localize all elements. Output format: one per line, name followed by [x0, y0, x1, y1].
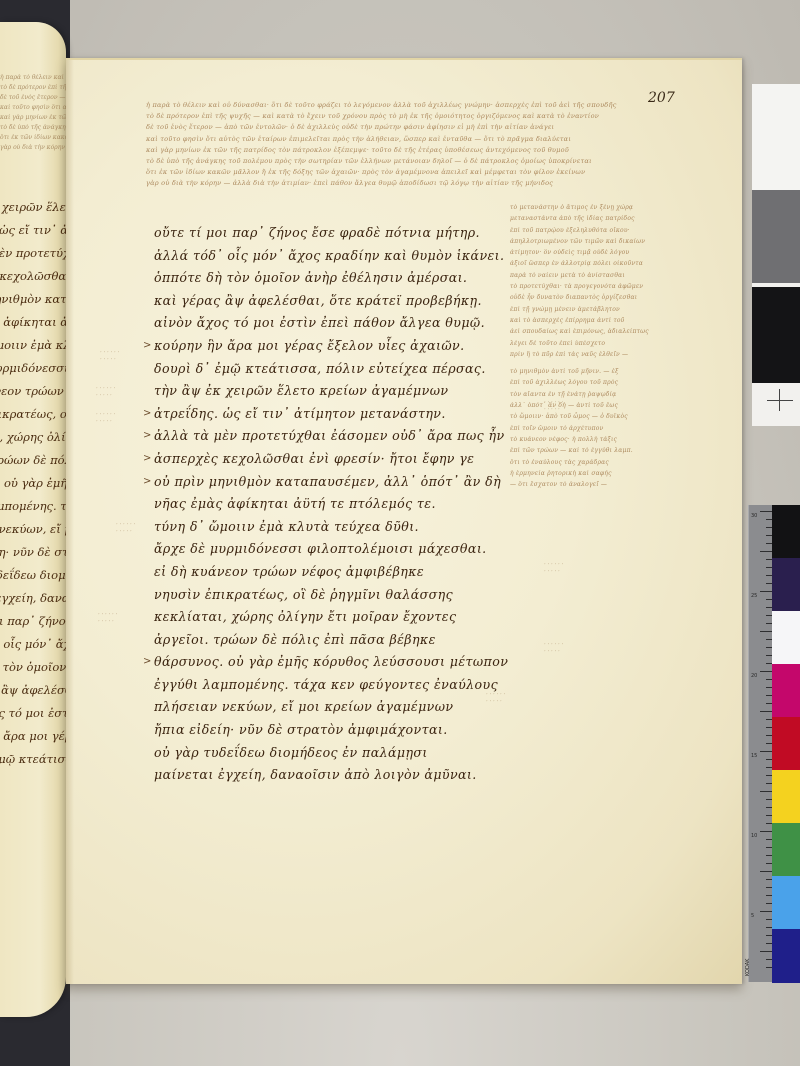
ruler-tick — [760, 671, 772, 672]
color-swatches — [772, 505, 800, 982]
text-line-content: ἀλλὰ τὰ μὲν προτετύχθαι ἐάσομεν οὐδ᾽ ἄρα… — [154, 428, 505, 443]
interlinear-gloss: · · · · · ·· · · · · — [116, 522, 135, 536]
interlinear-gloss: · · · · · ·· · · · · — [98, 612, 117, 626]
interlinear-gloss: · · · · · ·· · · · · — [544, 562, 563, 576]
left-page-text-line: ἐγγύθι λαμπομένης. τάχα κεν φεύγοντες ἐν… — [0, 499, 66, 513]
left-page-text-line: ἀλλὰ τὰ μὲν προτετύχθαι ἐάσομεν οὐδ᾽ ἄρα… — [0, 246, 66, 260]
ruler-label: 10 — [751, 833, 757, 839]
text-line: ἤπια εἰδείη· νῦν δὲ στρατὸν ἀμφιμάχονται… — [154, 719, 544, 742]
ruler-label: 5 — [751, 913, 754, 919]
scholia-line: τὸ δὲ ὑπὸ τῆς ἀνάγκης τοῦ πολέμου πρὸς τ… — [146, 156, 736, 167]
ruler-tick — [760, 511, 772, 512]
text-line: οὐ γὰρ τυδεΐδεω διομήδεος ἐν παλάμῃσι — [154, 742, 544, 765]
text-line-content: νηυσὶν ἐπικρατέως, οἳ δὲ ῥηγμῖνι θαλάσση… — [154, 587, 453, 602]
ruler-label: 30 — [751, 513, 757, 519]
interlinear-gloss: · · · · · ·· · · · · — [486, 692, 505, 706]
text-line: αἰνὸν ἄχος τό μοι ἐστὶν ἐπεὶ πάθον ἄλγεα… — [154, 312, 544, 335]
left-page-scholia-line: τὸ δὲ ὑπὸ τῆς ἀνάγκης τοῦ πολέμου πρὸς τ… — [0, 124, 66, 131]
left-facing-page: ἡ παρὰ τὸ θέλειν καὶ οὐ δύνασθαι· ὅτι δὲ… — [0, 22, 66, 1017]
swatch-dark-violet — [772, 558, 800, 612]
text-line-content: τύνη δ᾽ ὤμοιιν ἐμὰ κλυτὰ τεύχεα δῦθι. — [154, 519, 419, 534]
text-line: ἀλλά τόδ᾽ οἷς μόν᾽ ἄχος κραδίην καὶ θυμὸ… — [154, 245, 544, 268]
text-line-content: κούρην ἣν ἄρα μοι γέρας ἔξελον υἷες ἀχαι… — [154, 338, 464, 353]
diple-mark-icon: > — [143, 425, 152, 448]
swatch-yellow — [772, 770, 800, 824]
interlinear-gloss: · · · · · ·· · · · · — [96, 412, 115, 426]
scholia-line: τὸ δὲ πρότερον ἐπὶ τῆς ψυχῆς — καὶ κατὰ … — [146, 111, 736, 122]
text-line-content: κεκλίαται, χώρης ὀλίγην ἔτι μοῖραν ἔχοντ… — [154, 609, 456, 624]
interlinear-gloss: · · · · · ·· · · · · — [544, 400, 563, 414]
text-line-content: αἰνὸν ἄχος τό μοι ἐστὶν ἐπεὶ πάθον ἄλγεα… — [154, 315, 485, 330]
text-line-content: μαίνεται ἐγχείη, δαναοῖσιν ἀπὸ λοιγὸν ἀμ… — [154, 767, 477, 782]
left-page-text-line: μαίνεται ἐγχείη, δαναοῖσιν ἀπὸ λοιγὸν ἀμ… — [0, 591, 66, 605]
scholia-line: ἡ παρὰ τὸ θέλειν καὶ οὐ δύνασθαι· ὅτι δὲ… — [146, 100, 736, 111]
text-line-content: οὔτε τί μοι παρ᾽ ζήνος ἔσε φραδὲ πότνια … — [154, 225, 480, 240]
text-line: ὁππότε δὴ τὸν ὁμοῖον ἀνὴρ ἐθέλησιν ἀμέρσ… — [154, 267, 544, 290]
text-line: καὶ γέρας ἂψ ἀφελέσθαι, ὅτε κράτεϊ προβε… — [154, 290, 544, 313]
text-line-content: δουρὶ δ᾽ ἐμῷ κτεάτισσα, πόλιν εὐτείχεα π… — [154, 361, 486, 376]
text-line-content: τὴν ἂψ ἐκ χειρῶν ἕλετο κρείων ἀγαμέμνων — [154, 383, 448, 398]
scholia-line: ὅτι ἐκ τῶν ἰδίων κακῶν μᾶλλον ἢ ἐκ τῆς δ… — [146, 167, 736, 178]
text-line-content: ἤπια εἰδείη· νῦν δὲ στρατὸν ἀμφιμάχονται… — [154, 722, 448, 737]
left-page-scholia-line: ὅτι ἐκ τῶν ἰδίων κακῶν μᾶλλον ἢ ἐκ τῆς δ… — [0, 134, 66, 141]
text-line: >κούρην ἣν ἄρα μοι γέρας ἔξελον υἷες ἀχα… — [154, 335, 544, 358]
diple-mark-icon: > — [143, 471, 152, 494]
left-page-text-line: ἀτρεΐδης. ὡς εἴ τιν᾽ ἀτίμητον μετανάστην… — [0, 223, 66, 237]
left-page-text-line: κούρην ἣν ἄρα μοι γέρας ἔξελον υἷες ἀχαι… — [0, 729, 66, 743]
left-page-text-line: ἤπια εἰδείη· νῦν δὲ στρατὸν ἀμφιμάχονται… — [0, 545, 66, 559]
left-page-text-line: ἀργεῖοι. τρώων δὲ πόλις ἐπὶ πᾶσα βέβηκε — [0, 453, 66, 467]
text-line-content: πλήσειαν νεκύων, εἴ μοι κρείων ἀγαμέμνων — [154, 699, 453, 714]
text-line-content: θάρσυνος. οὐ γὰρ ἐμῆς κόρυθος λεύσσουσι … — [154, 654, 508, 669]
text-line: τύνη δ᾽ ὤμοιιν ἐμὰ κλυτὰ τεύχεα δῦθι. — [154, 516, 544, 539]
swatch-black — [772, 505, 800, 559]
scholia-line: δὲ τοῦ ἑνὸς ἕτερον — ἀπὸ τῶν ἐντολῶν· ὁ … — [146, 122, 736, 133]
scholia-line: καὶ γὰρ μηνίων ἐκ τῶν τῆς πατρίδος τὸν π… — [146, 145, 736, 156]
text-line: >ἀσπερχὲς κεχολῶσθαι ἐνὶ φρεσίν· ἤτοι ἔφ… — [154, 448, 544, 471]
left-page-scholia-line: ἡ παρὰ τὸ θέλειν καὶ οὐ δύνασθαι· ὅτι δὲ… — [0, 74, 66, 81]
text-line: δουρὶ δ᾽ ἐμῷ κτεάτισσα, πόλιν εὐτείχεα π… — [154, 358, 544, 381]
left-page-text-line: καὶ γέρας ἂψ ἀφελέσθαι, ὅτε κράτεϊ προβε… — [0, 683, 66, 697]
ruler-tick — [760, 631, 772, 632]
gray-patch-black — [752, 287, 800, 383]
text-line-content: ἀσπερχὲς κεχολῶσθαι ἐνὶ φρεσίν· ἤτοι ἔφη… — [154, 451, 474, 466]
ruler-tick — [760, 591, 772, 592]
text-line-content: νῆας ἐμὰς ἀφίκηται ἀϋτή τε πτόλεμός τε. — [154, 496, 436, 511]
ruler-tick — [760, 791, 772, 792]
left-page-text-line: νηυσὶν ἐπικρατέως, οἳ δὲ ῥηγμῖνι θαλάσση… — [0, 407, 66, 421]
text-line: >θάρσυνος. οὐ γὰρ ἐμῆς κόρυθος λεύσσουσι… — [154, 651, 544, 674]
ruler-tick — [760, 711, 772, 712]
scholia-line: γὰρ οὐ διὰ τὴν κόρην — ἀλλὰ διὰ τὴν ἀτιμ… — [146, 178, 736, 189]
left-page-text-line: τὴν ἂψ ἐκ χειρῶν ἕλετο κρείων ἀγαμέμνων — [0, 200, 66, 214]
text-line-content: ἄρχε δὲ μυρμιδόνεσσι φιλοπτολέμοισι μάχε… — [154, 541, 487, 556]
top-scholia-block: ἡ παρὰ τὸ θέλειν καὶ οὐ δύνασθαι· ὅτι δὲ… — [146, 100, 736, 190]
text-line: οὔτε τί μοι παρ᾽ ζήνος ἔσε φραδὲ πότνια … — [154, 222, 544, 245]
left-page-text-line: ἀσπερχὲς κεχολῶσθαι ἐνὶ φρεσίν· ἤτοι ἔφη… — [0, 269, 66, 283]
text-line: >ἀτρεΐδης. ὡς εἴ τιν᾽ ἀτίμητον μετανάστη… — [154, 403, 544, 426]
left-page-text-line: οὐ πρὶν μηνιθμὸν καταπαυσέμεν, ἀλλ᾽ ὁπότ… — [0, 292, 66, 306]
left-page-text-line: ἀλλά τόδ᾽ οἷς μόν᾽ ἄχος κραδίην καὶ θυμὸ… — [0, 637, 66, 651]
text-line: ἄρχε δὲ μυρμιδόνεσσι φιλοπτολέμοισι μάχε… — [154, 538, 544, 561]
swatch-white — [772, 611, 800, 665]
left-page-text-line: εἰ δὴ κυάνεον τρώων νέφος ἀμφιβέβηκε — [0, 384, 66, 398]
ruler-tick — [760, 551, 772, 552]
diple-mark-icon: > — [143, 651, 152, 674]
swatch-cyan-blue — [772, 876, 800, 930]
diple-mark-icon: > — [143, 448, 152, 471]
color-calibration-target: KODAK 30252015105 — [748, 505, 800, 982]
text-line: νῆας ἐμὰς ἀφίκηται ἀϋτή τε πτόλεμός τε. — [154, 493, 544, 516]
ruler-tick — [760, 871, 772, 872]
left-page-scholia-line: γὰρ οὐ διὰ τὴν κόρην — ἀλλὰ διὰ τὴν ἀτιμ… — [0, 144, 66, 151]
diple-mark-icon: > — [143, 335, 152, 358]
interlinear-gloss: · · · · · ·· · · · · — [96, 386, 115, 400]
text-line-content: ἀργεῖοι. τρώων δὲ πόλις ἐπὶ πᾶσα βέβηκε — [154, 632, 436, 647]
text-line: νηυσὶν ἐπικρατέως, οἳ δὲ ῥηγμῖνι θαλάσση… — [154, 584, 544, 607]
swatch-green — [772, 823, 800, 877]
left-page-text-line: νῆας ἐμὰς ἀφίκηται ἀϋτή τε πτόλεμός τε. — [0, 315, 66, 329]
left-page-scholia-line: τὸ δὲ πρότερον ἐπὶ τῆς ψυχῆς — καὶ κατὰ … — [0, 84, 66, 91]
left-page-text-line: οὐ γὰρ τυδεΐδεω διομήδεος ἐν παλάμῃσι — [0, 568, 66, 582]
text-line: τὴν ἂψ ἐκ χειρῶν ἕλετο κρείων ἀγαμέμνων — [154, 380, 544, 403]
ruler-label: 20 — [751, 673, 757, 679]
text-line-content: ἐγγύθι λαμπομένης. τάχα κεν φεύγοντες ἐν… — [154, 677, 498, 692]
text-line-content: ἀλλά τόδ᾽ οἷς μόν᾽ ἄχος κραδίην καὶ θυμὸ… — [154, 248, 504, 263]
text-line-content: ἀτρεΐδης. ὡς εἴ τιν᾽ ἀτίμητον μετανάστην… — [154, 406, 446, 421]
left-page-text-line: κεκλίαται, χώρης ὀλίγην ἔτι μοῖραν ἔχοντ… — [0, 430, 66, 444]
left-page-scholia-line: καὶ τοῦτο φησὶν ὅτι αὐτὸς τῶν ἑταίρων ἐπ… — [0, 104, 66, 111]
ruler-tick — [760, 911, 772, 912]
gray-patch-mid — [752, 190, 800, 283]
interlinear-gloss: · · · · · ·· · · · · — [544, 642, 563, 656]
text-line: >οὐ πρὶν μηνιθμὸν καταπαυσέμεν, ἀλλ᾽ ὁπό… — [154, 471, 544, 494]
swatch-red — [772, 717, 800, 771]
left-page-text-line: ἄρχε δὲ μυρμιδόνεσσι φιλοπτολέμοισι μάχε… — [0, 361, 66, 375]
left-page-scholia-line: καὶ γὰρ μηνίων ἐκ τῶν τῆς πατρίδος τὸν π… — [0, 114, 66, 121]
ruler-tick — [760, 951, 772, 952]
left-page-text-line: ὁππότε δὴ τὸν ὁμοῖον ἀνὴρ ἐθέλησιν ἀμέρσ… — [0, 660, 66, 674]
scholia-line: καὶ τοῦτο φησὶν ὅτι αὐτὸς τῶν ἑταίρων ἐπ… — [146, 134, 736, 145]
text-line: >ἀλλὰ τὰ μὲν προτετύχθαι ἐάσομεν οὐδ᾽ ἄρ… — [154, 425, 544, 448]
swatch-navy — [772, 929, 800, 983]
grayscale-calibration-target — [752, 84, 800, 426]
registration-crosshair-bar — [767, 400, 793, 401]
swatch-magenta — [772, 664, 800, 718]
left-page-text-line: οὔτε τί μοι παρ᾽ ζήνος ἔσε φραδὲ πότνια … — [0, 614, 66, 628]
left-page-scholia-line: δὲ τοῦ ἑνὸς ἕτερον — ἀπὸ τῶν ἐντολῶν· ὁ … — [0, 94, 66, 101]
ruler-label: 15 — [751, 753, 757, 759]
left-page-text-line: τύνη δ᾽ ὤμοιιν ἐμὰ κλυτὰ τεύχεα δῦθι. — [0, 338, 66, 352]
left-page-text-line: αἰνὸν ἄχος τό μοι ἐστὶν ἐπεὶ πάθον ἄλγεα… — [0, 706, 66, 720]
text-line: μαίνεται ἐγχείη, δαναοῖσιν ἀπὸ λοιγὸν ἀμ… — [154, 764, 544, 787]
gray-patch-white — [752, 84, 800, 190]
scholia-line: τὸ μετανάστην ὁ ἄτιμος ἐν ξένῃ χώρᾳ — [510, 202, 698, 213]
text-line: εἰ δὴ κυάνεον τρώων νέφος ἀμφιβέβηκε — [154, 561, 544, 584]
text-line-content: οὐ γὰρ τυδεΐδεω διομήδεος ἐν παλάμῃσι — [154, 745, 428, 760]
left-page-text-line: δουρὶ δ᾽ ἐμῷ κτεάτισσα, πόλιν εὐτείχεα π… — [0, 752, 66, 766]
text-line-content: οὐ πρὶν μηνιθμὸν καταπαυσέμεν, ἀλλ᾽ ὁπότ… — [154, 474, 501, 489]
left-page-text-line: θάρσυνος. οὐ γὰρ ἐμῆς κόρυθος λεύσσουσι … — [0, 476, 66, 490]
text-line-content: ὁππότε δὴ τὸν ὁμοῖον ἀνὴρ ἐθέλησιν ἀμέρσ… — [154, 270, 467, 285]
left-page-text-line: πλήσειαν νεκύων, εἴ μοι κρείων ἀγαμέμνων — [0, 522, 66, 536]
text-line: ἀργεῖοι. τρώων δὲ πόλις ἐπὶ πᾶσα βέβηκε — [154, 629, 544, 652]
diple-mark-icon: > — [143, 403, 152, 426]
ruler-tick — [760, 751, 772, 752]
ruler-label: 25 — [751, 593, 757, 599]
interlinear-gloss: · · · · · ·· · · · · — [100, 350, 119, 364]
ruler-brand-label: KODAK — [745, 959, 751, 976]
text-line-content: καὶ γέρας ἂψ ἀφελέσθαι, ὅτε κράτεϊ προβε… — [154, 293, 482, 308]
text-line: κεκλίαται, χώρης ὀλίγην ἔτι μοῖραν ἔχοντ… — [154, 606, 544, 629]
manuscript-folio: 207 ἡ παρὰ τὸ θέλειν καὶ οὐ δύνασθαι· ὅτ… — [66, 58, 742, 984]
ruler-tick — [760, 831, 772, 832]
text-line-content: εἰ δὴ κυάνεον τρώων νέφος ἀμφιβέβηκε — [154, 564, 424, 579]
measurement-ruler: KODAK 30252015105 — [748, 505, 772, 982]
